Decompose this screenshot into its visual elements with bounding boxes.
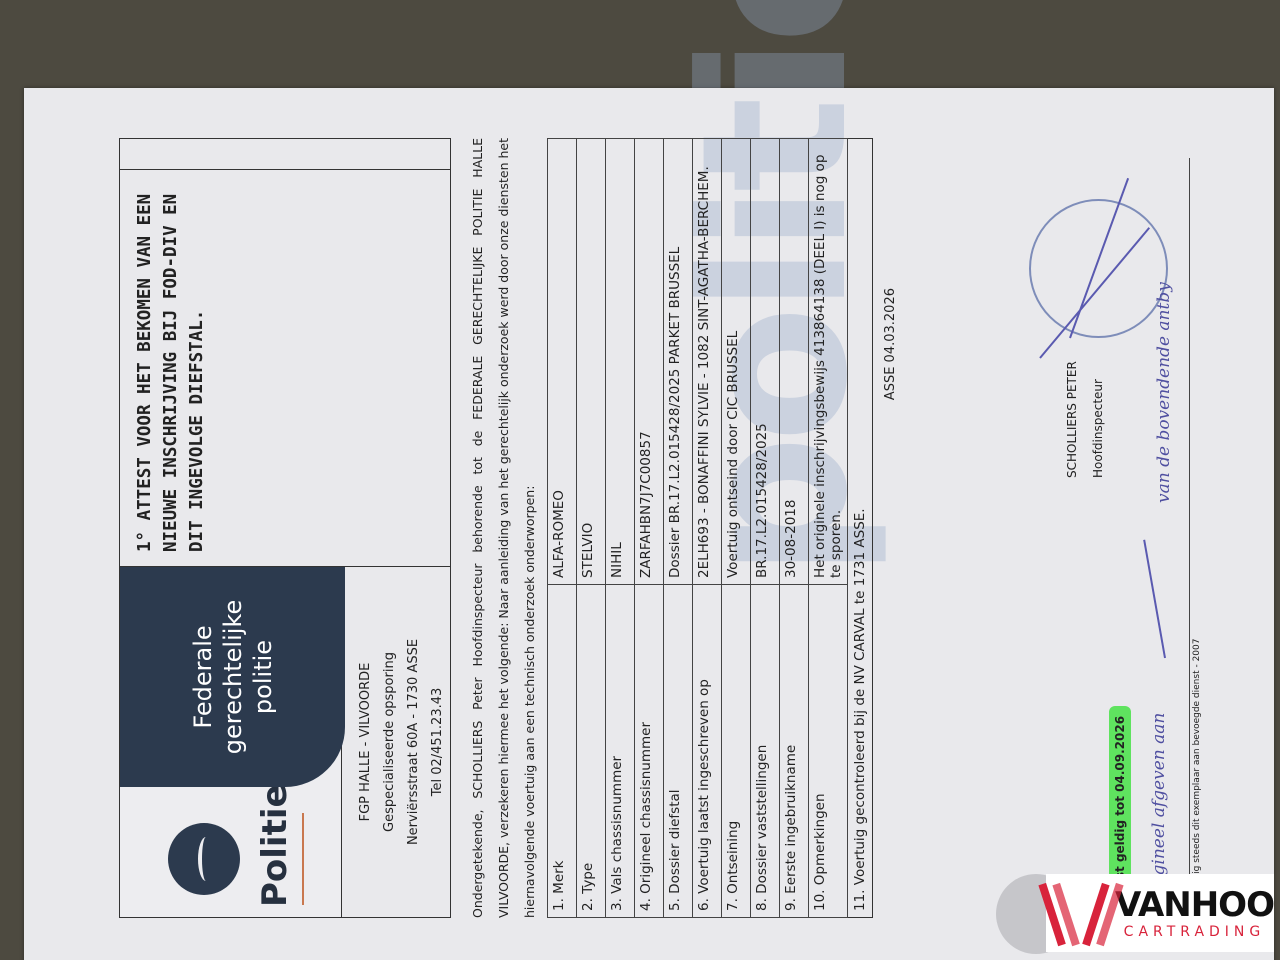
row-value: ALFA-ROMEO xyxy=(548,139,577,585)
document-paper: politie Politie Federale gerechtelijke p… xyxy=(24,88,1274,960)
handwritten-signature xyxy=(1143,540,1166,659)
footer-text: Overhandig steeds dit exemplaar aan bevo… xyxy=(1189,158,1202,918)
signer-block: SCHOLLIERS PETER Hoofdinspecteur xyxy=(1059,361,1111,478)
rotated-document: politie Politie Federale gerechtelijke p… xyxy=(79,98,1219,958)
row-label: 10. Opmerkingen xyxy=(809,585,848,918)
table-row: 7. OntseiningVoertuig ontseind door CIC … xyxy=(722,139,751,918)
handwritten-note-2: van de bovendende antby xyxy=(1154,282,1174,503)
table-row: 3. Vals chassisnummerNIHIL xyxy=(606,139,635,918)
vanhoo-v-icon xyxy=(1052,881,1107,945)
row-value: 30-08-2018 xyxy=(780,139,809,585)
header-box: Politie Federale gerechtelijke politie F… xyxy=(119,138,451,918)
politie-logo: Politie Federale gerechtelijke politie xyxy=(120,567,342,917)
banner-line: politie xyxy=(248,567,278,787)
row-value: NIHIL xyxy=(606,139,635,585)
address-line: Gespecialiseerde opsporing xyxy=(378,567,402,917)
row-label: 1. Merk xyxy=(548,585,577,918)
row-label: 5. Dossier diefstal xyxy=(664,585,693,918)
table-row: 8. Dossier vaststellingenBR.17.L2.015428… xyxy=(751,139,780,918)
row-value: STELVIO xyxy=(577,139,606,585)
header-strip xyxy=(120,139,450,170)
row-label: 3. Vals chassisnummer xyxy=(606,585,635,918)
intro-paragraph: Ondergetekende, SCHOLLIERS Peter Hoofdin… xyxy=(465,138,543,918)
table-row: 5. Dossier diefstalDossier BR.17.L2.0154… xyxy=(664,139,693,918)
table-row: 10. OpmerkingenHet originele inschrijvin… xyxy=(809,139,848,918)
table-row: 1. MerkALFA-ROMEO xyxy=(548,139,577,918)
signer-rank: Hoofdinspecteur xyxy=(1085,361,1111,478)
row-value: Voertuig ontseind door CIC BRUSSEL xyxy=(722,139,751,585)
fgp-banner: Federale gerechtelijke politie xyxy=(120,567,345,787)
address-line: Nerviërsstraat 60A - 1730 ASSE xyxy=(402,567,426,917)
vehicle-table: 1. MerkALFA-ROMEO2. TypeSTELVIO3. Vals c… xyxy=(547,138,848,918)
address-block: FGP HALLE - VILVOORDE Gespecialiseerde o… xyxy=(342,567,450,917)
row-label: 2. Type xyxy=(577,585,606,918)
row-value: BR.17.L2.015428/2025 xyxy=(751,139,780,585)
table-row: 6. Voertuig laatst ingeschreven op2ELH69… xyxy=(693,139,722,918)
row-label: 4. Origineel chassisnummer xyxy=(635,585,664,918)
table-row: 9. Eerste ingebruikname30-08-2018 xyxy=(780,139,809,918)
brand-subtitle: CARTRADING xyxy=(1115,924,1274,940)
logo-underline xyxy=(302,813,304,905)
row-value: Het originele inschrijvingsbewijs 413864… xyxy=(809,139,848,585)
row-value: Dossier BR.17.L2.015428/2025 PARKET BRUS… xyxy=(664,139,693,585)
signer-name: SCHOLLIERS PETER xyxy=(1059,361,1085,478)
row-label: 6. Voertuig laatst ingeschreven op xyxy=(693,585,722,918)
brand-name: VANHOO xyxy=(1115,886,1274,924)
table-row: 2. TypeSTELVIO xyxy=(577,139,606,918)
document-title: 1° ATTEST VOOR HET BEKOMEN VAN EEN NIEUW… xyxy=(120,170,450,566)
address-line: FGP HALLE - VILVOORDE xyxy=(354,567,378,917)
row-label: 9. Eerste ingebruikname xyxy=(780,585,809,918)
vanhoo-logo: VANHOO CARTRADING xyxy=(1046,874,1274,952)
official-stamp xyxy=(1029,199,1168,338)
row-label: 8. Dossier vaststellingen xyxy=(751,585,780,918)
table-row: 4. Origineel chassisnummerZARFAHBN7J7C00… xyxy=(635,139,664,918)
politie-flame-icon xyxy=(168,823,240,895)
row-label: 7. Ontseining xyxy=(722,585,751,918)
row-value: 2ELH693 - BONAFFINI SYLVIE - 1082 SINT-A… xyxy=(693,139,722,585)
address-line: Tel 02/451.23.43 xyxy=(426,567,450,917)
place-date: ASSE 04.03.2026 xyxy=(883,288,898,918)
row-value: ZARFAHBN7J7C00857 xyxy=(635,139,664,585)
banner-line: gerechtelijke xyxy=(218,567,248,787)
logo-word: Politie xyxy=(255,784,295,907)
banner-line: Federale xyxy=(188,567,218,787)
row-11: 11. Voertuig gecontroleerd bij de NV CAR… xyxy=(848,138,873,918)
